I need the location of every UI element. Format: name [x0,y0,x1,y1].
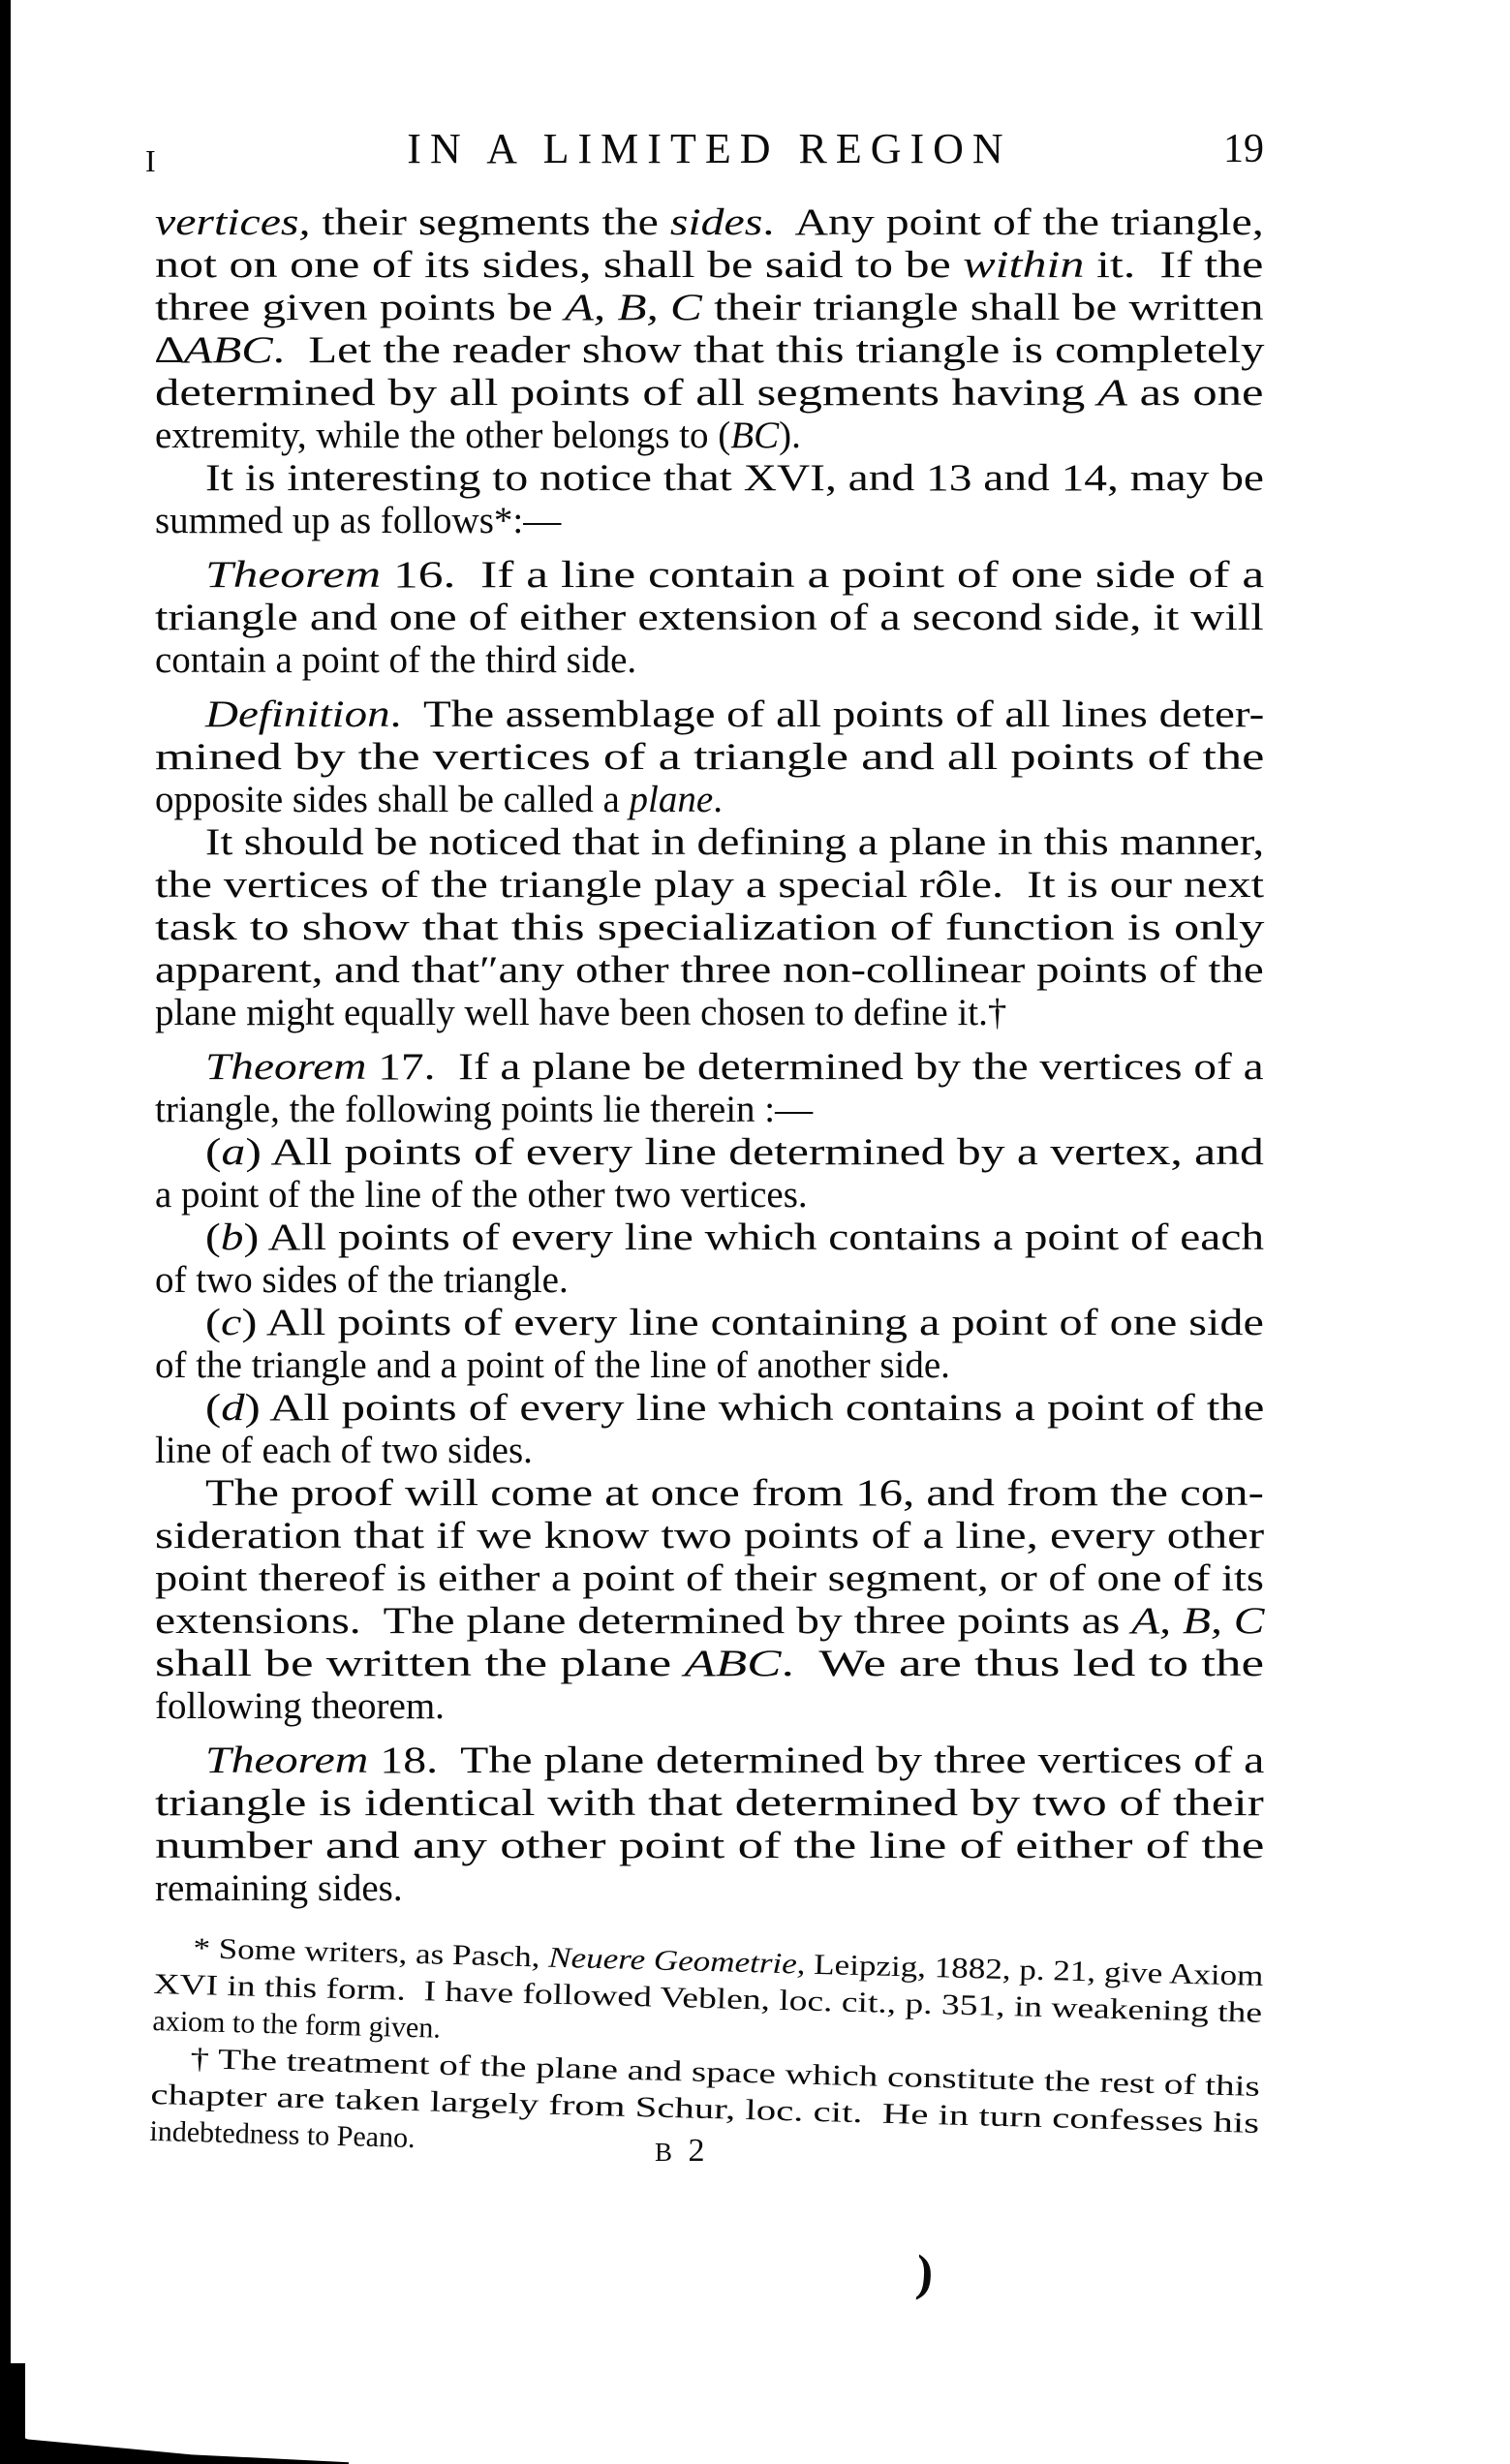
text-line: Definition. The assemblage of all points… [155,693,1264,736]
text-line: point thereof is either a point of their… [155,1557,1264,1600]
scan-corner-shadow [0,2421,349,2464]
text-line: line of each of two sides. [155,1430,1264,1472]
signature-number: 2 [689,2133,709,2169]
text-line: apparent, and that″any other three non-c… [155,949,1264,992]
stray-ink-mark: ) [914,2244,935,2302]
text-line: determined by all points of all segments… [155,372,1264,415]
text-line: (a) All points of every line determined … [155,1131,1264,1174]
text-line: (d) All points of every line which conta… [155,1387,1264,1430]
text-line: summed up as follows*:— [155,500,1264,542]
text-line: Theorem 18. The plane determined by thre… [155,1740,1264,1782]
running-header: I IN A LIMITED REGION 19 [155,124,1264,174]
printer-signature-mark: B 2 [655,2133,709,2170]
text-line: Theorem 16. If a line contain a point of… [155,554,1264,597]
text-line: following theorem. [155,1685,1264,1728]
text-line: triangle, the following points lie there… [155,1089,1264,1131]
text-line: shall be written the plane ABC. We are t… [155,1643,1264,1685]
text-line: triangle and one of either extension of … [155,597,1264,639]
text-line: not on one of its sides, shall be said t… [155,244,1264,287]
text-line: It should be noticed that in defining a … [155,821,1264,864]
text-line: contain a point of the third side. [155,639,1264,682]
body-text: vertices, their segments the sides. Any … [155,201,1264,1910]
book-page-scan: I IN A LIMITED REGION 19 vertices, their… [0,0,1510,2464]
text-line: mined by the vertices of a triangle and … [155,736,1264,779]
text-line: the vertices of the triangle play a spec… [155,864,1264,907]
text-line: It is interesting to notice that XVI, an… [155,457,1264,500]
text-line: of two sides of the triangle. [155,1259,1264,1302]
text-line: a point of the line of the other two ver… [155,1174,1264,1217]
text-line: opposite sides shall be called a plane. [155,779,1264,821]
text-line: (c) All points of every line containing … [155,1302,1264,1344]
text-line: extensions. The plane determined by thre… [155,1600,1264,1643]
text-line: vertices, their segments the sides. Any … [155,201,1264,244]
scan-edge-bar [0,0,11,2464]
text-line: three given points be A, B, C their tria… [155,287,1264,329]
text-line: Theorem 17. If a plane be determined by … [155,1046,1264,1089]
text-line: extremity, while the other belongs to (B… [155,415,1264,457]
text-line: The proof will come at once from 16, and… [155,1472,1264,1515]
page-header-title: IN A LIMITED REGION [155,124,1264,173]
signature-letter: B [655,2138,676,2167]
text-line: task to show that this specialization of… [155,907,1264,949]
text-line: (b) All points of every line which conta… [155,1217,1264,1259]
text-line: ∆ABC. Let the reader show that this tria… [155,329,1264,372]
text-line: number and any other point of the line o… [155,1825,1264,1867]
text-line: plane might equally well have been chose… [155,992,1264,1034]
text-line: triangle is identical with that determin… [155,1782,1264,1825]
page-number: 19 [1223,126,1264,172]
text-line: of the triangle and a point of the line … [155,1344,1264,1387]
text-line: remaining sides. [155,1867,1264,1910]
text-line: sideration that if we know two points of… [155,1515,1264,1557]
